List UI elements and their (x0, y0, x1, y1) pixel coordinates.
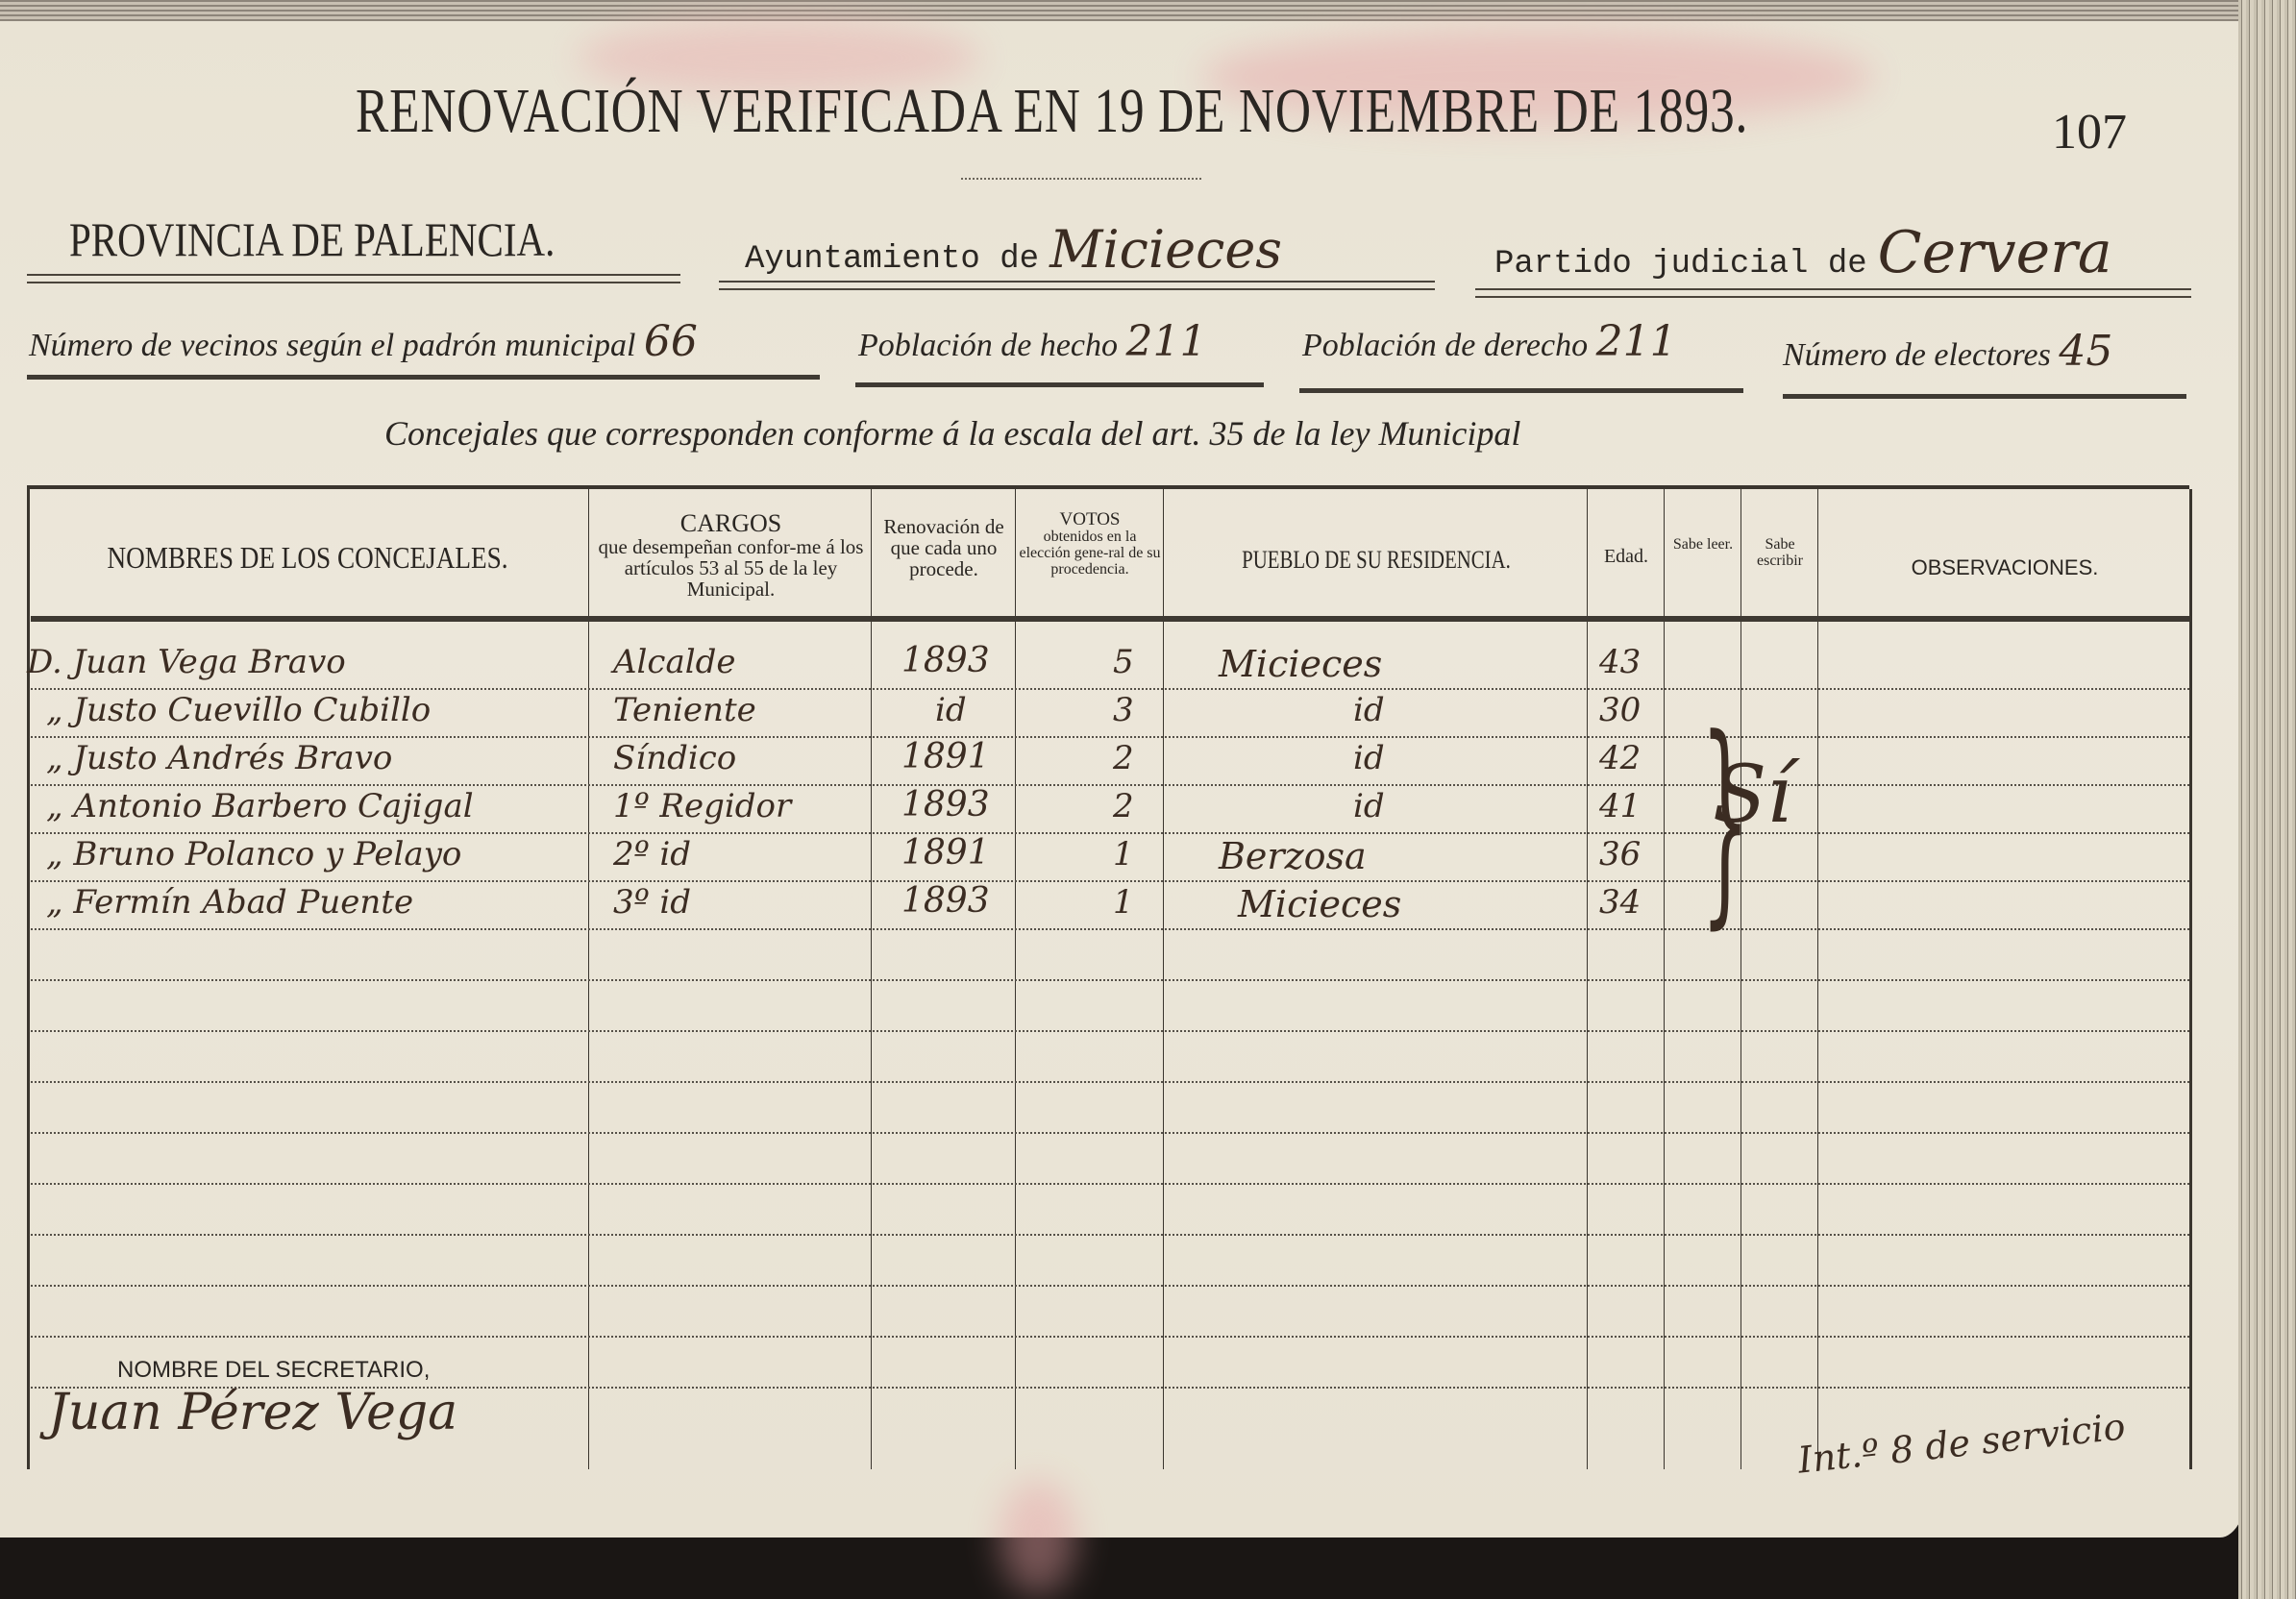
header-nombres: NOMBRES DE LOS CONCEJALES. (69, 542, 546, 575)
cell-nombre: „ Justo Cuevillo Cubillo (46, 691, 431, 729)
partido-field: Partido judicial de Cervera (1494, 219, 2112, 286)
divider (1783, 394, 2186, 399)
table-border (2189, 489, 2192, 1469)
cell-pueblo: Micieces (1219, 643, 1382, 685)
decorative-rule (961, 178, 1201, 180)
cell-renovacion: 1891 (901, 737, 990, 776)
row-line (31, 832, 2189, 834)
header-sabe-escribir: Sabe escribir (1743, 537, 1816, 570)
header-cargos-sub: que desempeñan confor-me á los artículos… (594, 536, 868, 600)
cell-edad: 42 (1599, 739, 1641, 777)
electores-label: Número de electores (1783, 337, 2051, 373)
cell-renovacion: id (935, 691, 967, 729)
cell-edad: 34 (1599, 883, 1641, 922)
row-line (31, 979, 2189, 981)
cell-pueblo: Berzosa (1219, 835, 1367, 877)
row-line (31, 1234, 2189, 1236)
cell-votos: 5 (1113, 643, 1134, 681)
cell-votos: 1 (1113, 883, 1134, 922)
row-line (31, 928, 2189, 930)
cell-edad: 30 (1599, 691, 1641, 729)
cell-pueblo: id (1353, 739, 1385, 777)
partido-label: Partido judicial de (1494, 246, 1867, 283)
cell-cargo: 2º id (613, 835, 691, 873)
divider (1299, 388, 1743, 393)
row-line (31, 688, 2189, 690)
cell-renovacion: 1893 (901, 785, 990, 824)
cell-cargo: 3º id (613, 883, 691, 922)
poblacion-derecho-label: Población de derecho (1302, 328, 1588, 363)
cell-edad: 41 (1599, 787, 1641, 825)
cell-renovacion: 1893 (901, 881, 990, 921)
cell-votos: 3 (1113, 691, 1134, 729)
cell-cargo: Síndico (613, 739, 736, 777)
cell-cargo: Teniente (613, 691, 756, 729)
vecinos-label: Número de vecinos según el padrón munici… (29, 328, 635, 363)
row-line (31, 1132, 2189, 1134)
cell-votos: 1 (1113, 835, 1134, 873)
row-line (31, 1183, 2189, 1185)
electores-value: 45 (2059, 327, 2112, 376)
partido-value: Cervera (1878, 219, 2112, 286)
cell-cargo: 1º Regidor (613, 787, 791, 825)
divider (719, 281, 1435, 290)
row-line (31, 1081, 2189, 1083)
sabe-value: Sí (1713, 750, 1791, 841)
cell-votos: 2 (1113, 739, 1134, 777)
header-cargos-title: CARGOS (594, 510, 868, 536)
ayuntamiento-field: Ayuntamiento de Micieces (745, 219, 1282, 280)
provincia-heading: PROVINCIA DE PALENCIA. (69, 211, 555, 267)
poblacion-hecho-value: 211 (1126, 317, 1207, 366)
row-line (31, 1030, 2189, 1032)
divider (27, 274, 680, 283)
book-top-edge (0, 0, 2296, 21)
header-observaciones: OBSERVACIONES. (1820, 556, 2189, 578)
cell-pueblo: id (1353, 691, 1385, 729)
cell-edad: 43 (1599, 643, 1641, 681)
row-line (31, 784, 2189, 786)
ayuntamiento-value: Micieces (1049, 219, 1282, 280)
cell-nombre: „ Fermín Abad Puente (46, 883, 413, 922)
divider (27, 375, 820, 380)
header-votos-title: VOTOS (1019, 510, 1161, 529)
electores-field: Número de electores 45 (1783, 327, 2112, 376)
header-votos: VOTOS obtenidos en la elección gene-ral … (1019, 510, 1161, 578)
cell-pueblo: id (1353, 787, 1385, 825)
cell-nombre: „ Justo Andrés Bravo (46, 739, 392, 777)
secretary-label: NOMBRE DEL SECRETARIO, (117, 1357, 430, 1384)
book-page-edges (2238, 0, 2296, 1599)
cell-renovacion: 1891 (901, 833, 990, 873)
header-renovacion: Renovación de que cada uno procede. (875, 516, 1013, 579)
cell-nombre: „ Antonio Barbero Cajigal (46, 787, 474, 825)
header-edad: Edad. (1589, 547, 1664, 567)
vecinos-field: Número de vecinos según el padrón munici… (29, 317, 698, 366)
subtitle: Concejales que corresponden conforme á l… (384, 413, 1520, 454)
secretary-signature: Juan Pérez Vega (48, 1384, 457, 1441)
cell-renovacion: 1893 (901, 641, 990, 680)
header-sabe-leer: Sabe leer. (1666, 537, 1740, 553)
row-line (31, 1336, 2189, 1338)
poblacion-hecho-label: Población de hecho (858, 328, 1118, 363)
cell-edad: 36 (1599, 835, 1641, 873)
cell-nombre: D. Juan Vega Bravo (27, 643, 346, 681)
row-line (31, 1285, 2189, 1287)
cell-nombre: „ Bruno Polanco y Pelayo (46, 835, 461, 873)
header-pueblo: PUEBLO DE SU RESIDENCIA. (1209, 547, 1544, 573)
poblacion-derecho-value: 211 (1596, 317, 1677, 366)
divider (855, 382, 1264, 387)
header-votos-sub: obtenidos en la elección gene-ral de su … (1019, 529, 1161, 578)
divider (1475, 288, 2191, 298)
table-border (27, 489, 30, 1469)
header-cargos: CARGOS que desempeñan confor-me á los ar… (594, 510, 868, 600)
cell-cargo: Alcalde (613, 643, 736, 681)
row-line (31, 880, 2189, 882)
row-line (31, 736, 2189, 738)
header-rule (31, 616, 2189, 622)
ayuntamiento-label: Ayuntamiento de (745, 241, 1039, 278)
document-title: RENOVACIÓN VERIFICADA EN 19 DE NOVIEMBRE… (356, 75, 1748, 148)
cell-votos: 2 (1113, 787, 1134, 825)
cell-pueblo: Micieces (1238, 883, 1401, 925)
page-number: 107 (2052, 104, 2127, 160)
poblacion-hecho-field: Población de hecho 211 (858, 317, 1207, 366)
poblacion-derecho-field: Población de derecho 211 (1302, 317, 1677, 366)
vecinos-value: 66 (644, 317, 698, 366)
